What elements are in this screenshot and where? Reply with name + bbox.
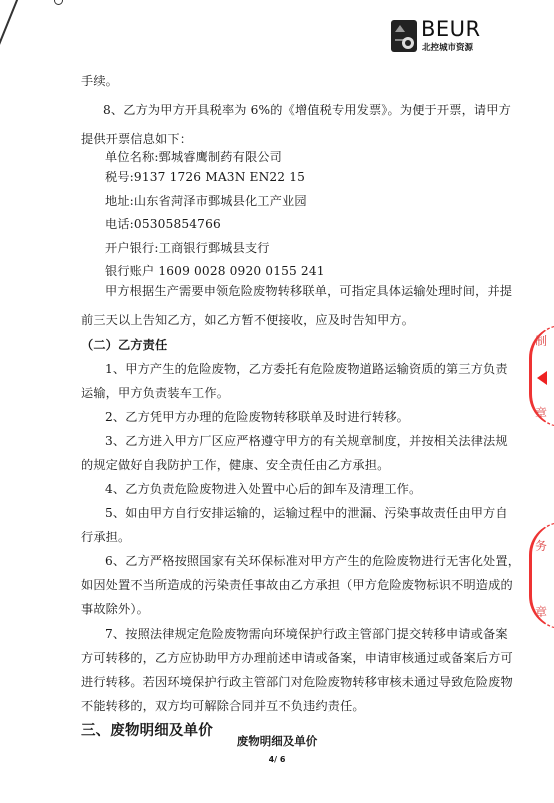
paragraph-line: 7、按照法律规定危险废物需向环境保护行政主管部门提交转移申请或备案: [105, 626, 508, 642]
binder-loop: [54, 0, 63, 5]
logo-text-en: BEUR: [421, 17, 481, 41]
paragraph-line: 8、乙方为甲方开具税率为 6%的《增值税专用发票》。为便于开票，请甲方: [103, 102, 511, 118]
paragraph-line: 如因处置不当所造成的污染责任事故由乙方承担（甲方危险废物标识不明造成的: [81, 577, 513, 593]
table-title: 废物明细及单价: [0, 733, 554, 749]
paragraph-line: 2、乙方凭甲方办理的危险废物转移联单及时进行转移。: [105, 409, 409, 425]
paragraph-line: 运输，甲方负责装车工作。: [81, 385, 229, 401]
red-seal-stamp: 制 章: [529, 325, 554, 427]
subsection-heading: （二）乙方责任: [81, 337, 167, 353]
red-seal-stamp: 务 章: [529, 522, 554, 629]
paragraph-line: 单位名称:鄄城睿鹰制药有限公司: [105, 149, 282, 165]
paragraph-line: 税号:9137 1726 MA3N EN22 15: [105, 169, 305, 185]
paragraph-line: 银行账户 1609 0028 0920 0155 241: [105, 263, 325, 279]
paragraph-line: 手续。: [81, 73, 118, 89]
paragraph-line: 事故除外）。: [81, 601, 149, 617]
paragraph-line: 地址:山东省菏泽市鄄城县化工产业园: [105, 193, 307, 209]
logo-text-cn: 北控城市资源: [422, 41, 473, 53]
paragraph-line: 的规定做好自我防护工作，健康、安全责任由乙方承担。: [81, 457, 389, 473]
paragraph-line: 方可转移的，乙方应协助甲方办理前述申请或备案，申请审核通过或备案后方可: [81, 650, 513, 666]
paragraph-line: 前三天以上告知乙方，如乙方暂不便接收，应及时告知甲方。: [81, 312, 414, 328]
seal-mark: [537, 371, 547, 385]
paragraph-line: 4、乙方负责危险废物进入处置中心后的卸车及清理工作。: [105, 481, 421, 497]
paragraph-line: 开户银行:工商银行鄄城县支行: [105, 240, 270, 256]
paragraph-line: 进行转移。若因环境保护行政主管部门对危险废物转移审核未通过导致危险废物: [81, 674, 513, 690]
paragraph-line: 提供开票信息如下：: [81, 131, 192, 147]
document-page: BEUR 北控城市资源 手续。8、乙方为甲方开具税率为 6%的《增值税专用发票》…: [0, 0, 554, 803]
paragraph-line: 5、如由甲方自行安排运输的，运输过程中的泄漏、污染事故责任由甲方自: [105, 505, 508, 521]
paragraph-line: 6、乙方严格按照国家有关环保标准对甲方产生的危险废物进行无害化处置，: [105, 553, 520, 569]
paragraph-line: 行承担。: [81, 529, 130, 545]
beur-logo-icon: [391, 20, 417, 52]
paragraph-line: 电话:05305854766: [105, 216, 221, 232]
binder-string-line: [0, 0, 19, 116]
seal-char: 制: [535, 332, 547, 349]
paragraph-line: 甲方根据生产需要申领危险废物转移联单，可指定具体运输处理时间，并提: [105, 283, 512, 299]
paragraph-line: 不能转移的，双方均可解除合同并互不负违约责任。: [81, 698, 365, 714]
seal-char: 章: [535, 603, 547, 620]
page-number: 4/ 6: [0, 755, 554, 764]
seal-char: 章: [535, 404, 547, 421]
paragraph-line: 1、甲方产生的危险废物，乙方委托有危险废物道路运输资质的第三方负责: [105, 361, 508, 377]
paragraph-line: 3、乙方进入甲方厂区应严格遵守甲方的有关规章制度，并按相关法律法规: [105, 433, 508, 449]
recycle-icon: [402, 37, 414, 49]
seal-char: 务: [535, 537, 547, 554]
